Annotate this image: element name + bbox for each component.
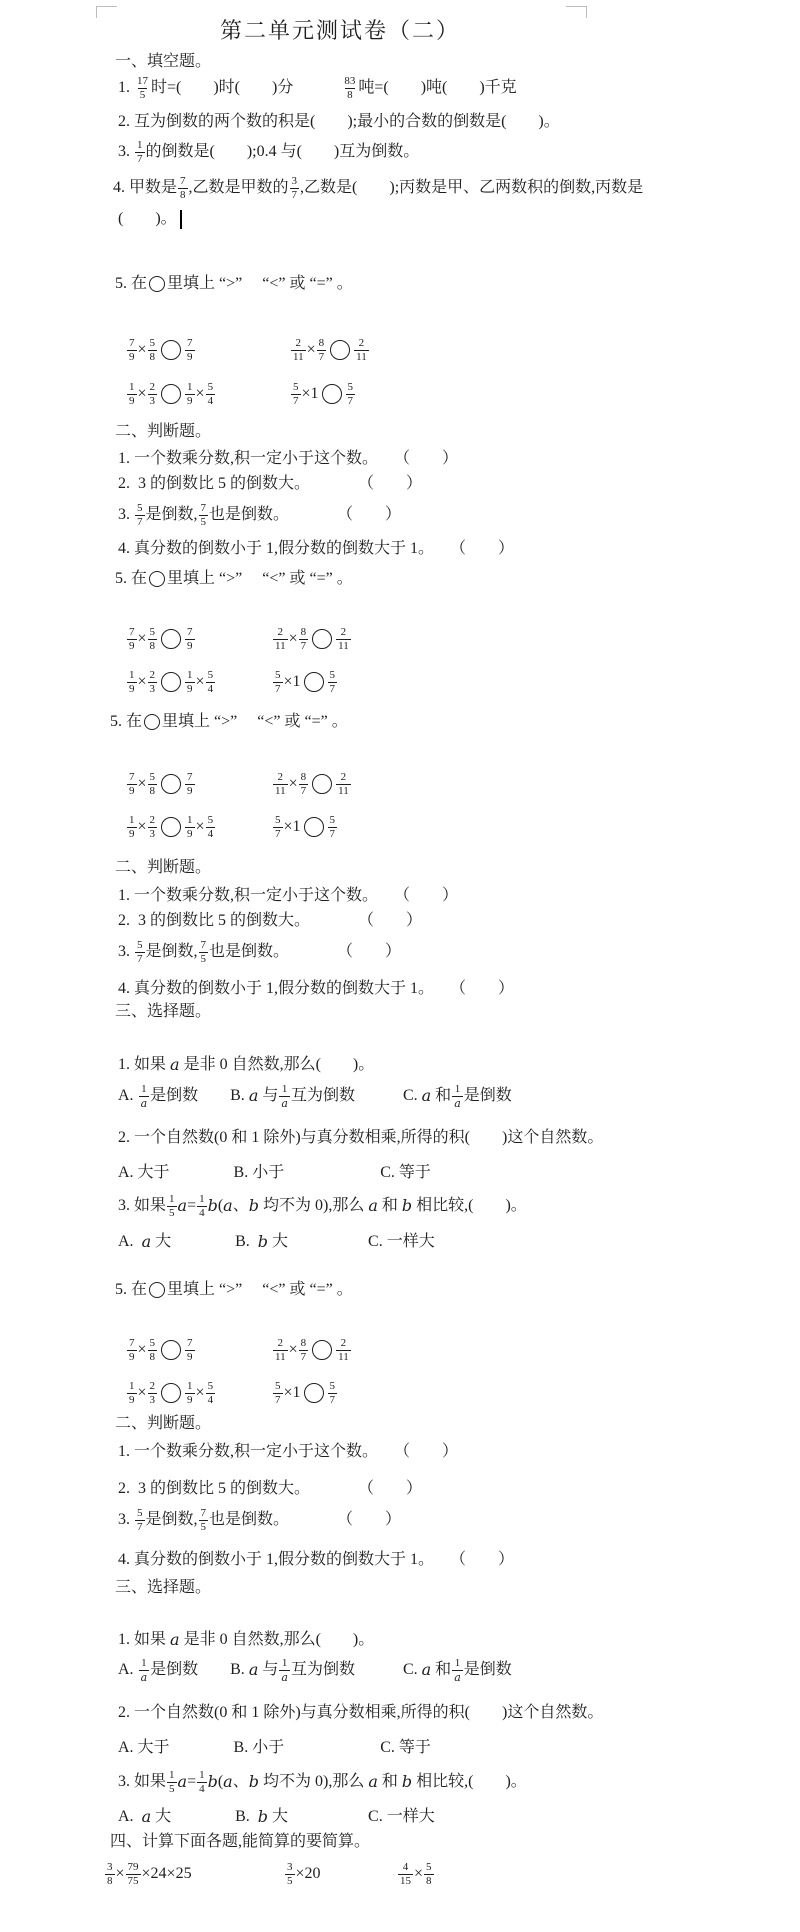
fraction: 15 xyxy=(167,1770,177,1795)
fraction: 14 xyxy=(197,1770,207,1795)
fraction: 211 xyxy=(336,1338,351,1363)
variable: a xyxy=(223,1196,233,1215)
choice-2-q3-options: A. a 大 B. b 大 C. 一样大 xyxy=(118,1805,435,1829)
judge-2-item-4: 4. 真分数的倒数小于 1,假分数的倒数大于 1。 （ ） xyxy=(118,977,514,1001)
fraction: 23 xyxy=(148,670,158,695)
variable: b xyxy=(402,1196,412,1215)
fraction: 57 xyxy=(328,670,338,695)
fraction: 54 xyxy=(206,815,216,840)
compare-2-row1-right: 211×87211 xyxy=(272,621,352,657)
comparison-circle xyxy=(149,276,165,292)
compare-2-row2-right: 57×157 xyxy=(272,664,338,700)
judge-2-item-1: 1. 一个数乘分数,积一定小于这个数。 （ ） xyxy=(118,884,458,908)
fraction: 54 xyxy=(206,1381,216,1406)
variable: b xyxy=(208,1196,218,1215)
compare-instruction-4: 5. 在里填上 “>” “<” 或 “=” 。 xyxy=(115,1278,353,1302)
compare-3-row2-left: 19×2319×54 xyxy=(126,809,216,845)
variable: a xyxy=(368,1772,378,1791)
section-judge-heading-2: 二、判断题。 xyxy=(115,856,211,880)
fraction: 75 xyxy=(199,940,209,965)
fraction: 57 xyxy=(273,1381,283,1406)
fraction: 87 xyxy=(299,772,309,797)
fraction: 79 xyxy=(127,772,137,797)
fraction: 211 xyxy=(336,627,351,652)
comparison-circle xyxy=(161,1340,181,1360)
compare-instruction-2: 5. 在里填上 “>” “<” 或 “=” 。 xyxy=(115,567,353,591)
fraction: 58 xyxy=(148,627,158,652)
fraction: 838 xyxy=(342,76,357,101)
comparison-circle xyxy=(161,774,181,794)
choice-2-q3: 3. 如果15a=14b(a、b 均不为 0),那么 a 和 b 相比较,( )… xyxy=(118,1764,527,1800)
text-cursor xyxy=(180,210,182,229)
compare-instruction-1: 5. 在里填上 “>” “<” 或 “=” 。 xyxy=(115,272,353,296)
fraction: 211 xyxy=(273,772,288,797)
calc-expr-1: 38×7975×24×25 xyxy=(104,1856,192,1892)
compare-1-row1-left: 79×5879 xyxy=(126,332,196,368)
variable: b xyxy=(249,1196,259,1215)
fraction: 79 xyxy=(127,338,137,363)
fraction: 211 xyxy=(354,338,369,363)
comparison-circle xyxy=(161,384,181,404)
compare-1-row2-left: 19×2319×54 xyxy=(126,376,216,412)
fraction: 79 xyxy=(185,1338,195,1363)
compare-3-row2-right: 57×157 xyxy=(272,809,338,845)
judge-1-item-4: 4. 真分数的倒数小于 1,假分数的倒数大于 1。 （ ） xyxy=(118,537,514,561)
variable: b xyxy=(402,1772,412,1791)
fraction: 57 xyxy=(135,1508,145,1533)
judge-1-item-3: 3. 57是倒数,75也是倒数。 （ ） xyxy=(118,497,401,533)
fraction: 211 xyxy=(273,1338,288,1363)
fraction: 58 xyxy=(148,772,158,797)
fraction: 14 xyxy=(197,1194,207,1219)
fraction: 87 xyxy=(299,627,309,652)
fraction: 19 xyxy=(185,815,195,840)
judge-3-item-4: 4. 真分数的倒数小于 1,假分数的倒数大于 1。 （ ） xyxy=(118,1548,514,1572)
fraction: 57 xyxy=(346,382,356,407)
fraction: 75 xyxy=(199,1508,209,1533)
choice-1-q3: 3. 如果15a=14b(a、b 均不为 0),那么 a 和 b 相比较,( )… xyxy=(118,1188,527,1224)
comparison-circle xyxy=(144,714,160,730)
choice-2-q2: 2. 一个自然数(0 和 1 除外)与真分数相乘,所得的积( )这个自然数。 xyxy=(118,1701,603,1725)
variable: a xyxy=(368,1196,378,1215)
comparison-circle xyxy=(312,1340,332,1360)
variable: a xyxy=(142,1807,152,1826)
fraction: 7975 xyxy=(126,1862,141,1887)
fraction: 38 xyxy=(105,1862,115,1887)
fraction: 57 xyxy=(328,815,338,840)
page-title: 第二单元测试卷（二） xyxy=(0,16,680,46)
section-calc-heading: 四、计算下面各题,能简算的要简算。 xyxy=(110,1830,370,1854)
fraction: 79 xyxy=(185,338,195,363)
variable: a xyxy=(170,1630,180,1649)
compare-3-row1-right: 211×87211 xyxy=(272,766,352,802)
compare-instruction-3: 5. 在里填上 “>” “<” 或 “=” 。 xyxy=(110,710,348,734)
fraction: 58 xyxy=(148,338,158,363)
variable: a xyxy=(178,1772,188,1791)
fraction: 23 xyxy=(148,382,158,407)
fraction: 19 xyxy=(127,670,137,695)
choice-1-q2-options: A. 大于 B. 小于 C. 等于 xyxy=(118,1161,431,1185)
variable: b xyxy=(249,1772,259,1791)
choice-2-q1: 1. 如果 a 是非 0 自然数,那么( )。 xyxy=(118,1628,374,1652)
document-page: 第二单元测试卷（二） 一、填空题。 1. 175时=( )时( )分 838吨=… xyxy=(0,0,800,1932)
comparison-circle xyxy=(161,1383,181,1403)
fraction: 57 xyxy=(135,940,145,965)
choice-1-q1: 1. 如果 a 是非 0 自然数,那么( )。 xyxy=(118,1053,374,1077)
compare-4-row1-left: 79×5879 xyxy=(126,1332,196,1368)
choice-1-q3-options: A. a 大 B. b 大 C. 一样大 xyxy=(118,1230,435,1254)
variable: a xyxy=(249,1660,259,1679)
comparison-circle xyxy=(322,384,342,404)
fill-item-1: 1. 175时=( )时( )分 838吨=( )吨( )千克 xyxy=(118,70,517,106)
choice-2-q2-options: A. 大于 B. 小于 C. 等于 xyxy=(118,1736,431,1760)
fraction: 1a xyxy=(279,1658,290,1683)
fraction: 79 xyxy=(127,1338,137,1363)
compare-4-row2-left: 19×2319×54 xyxy=(126,1375,216,1411)
fraction: 175 xyxy=(135,76,150,101)
choice-1-q2: 2. 一个自然数(0 和 1 除外)与真分数相乘,所得的积( )这个自然数。 xyxy=(118,1126,603,1150)
comparison-circle xyxy=(161,817,181,837)
fraction: 1a xyxy=(139,1084,150,1109)
compare-4-row1-right: 211×87211 xyxy=(272,1332,352,1368)
fraction: 19 xyxy=(185,1381,195,1406)
comparison-circle xyxy=(312,629,332,649)
variable: a xyxy=(422,1086,432,1105)
variable: b xyxy=(208,1772,218,1791)
fraction: 1a xyxy=(452,1084,463,1109)
fill-item-2: 2. 互为倒数的两个数的积是( );最小的合数的倒数是( )。 xyxy=(118,110,560,134)
compare-4-row2-right: 57×157 xyxy=(272,1375,338,1411)
fill-item-3: 3. 17的倒数是( );0.4 与( )互为倒数。 xyxy=(118,134,419,170)
fraction: 19 xyxy=(127,1381,137,1406)
judge-2-item-3: 3. 57是倒数,75也是倒数。 （ ） xyxy=(118,934,401,970)
compare-2-row2-left: 19×2319×54 xyxy=(126,664,216,700)
compare-2-row1-left: 79×5879 xyxy=(126,621,196,657)
fraction: 54 xyxy=(206,670,216,695)
fraction: 58 xyxy=(424,1862,434,1887)
comparison-circle xyxy=(304,672,324,692)
fill-item-4-line2: ( )。 xyxy=(118,207,182,231)
judge-1-item-2: 2. 3 的倒数比 5 的倒数大。 （ ） xyxy=(118,472,422,496)
fraction: 87 xyxy=(317,338,327,363)
variable: a xyxy=(249,1086,259,1105)
fraction: 57 xyxy=(273,815,283,840)
fraction: 57 xyxy=(135,503,145,528)
fraction: 79 xyxy=(185,627,195,652)
fraction: 19 xyxy=(185,382,195,407)
fraction: 35 xyxy=(285,1862,295,1887)
fraction: 19 xyxy=(127,815,137,840)
fraction: 15 xyxy=(167,1194,177,1219)
variable: a xyxy=(170,1055,180,1074)
judge-3-item-2: 2. 3 的倒数比 5 的倒数大。 （ ） xyxy=(118,1477,422,1501)
fraction: 79 xyxy=(127,627,137,652)
fraction: 57 xyxy=(273,670,283,695)
comparison-circle xyxy=(161,629,181,649)
comparison-circle xyxy=(330,340,350,360)
comparison-circle xyxy=(304,817,324,837)
choice-2-q1-options: A. 1a是倒数 B. a 与1a互为倒数 C. a 和1a是倒数 xyxy=(118,1652,512,1688)
judge-3-item-3: 3. 57是倒数,75也是倒数。 （ ） xyxy=(118,1502,401,1538)
section-choice-heading-1: 三、选择题。 xyxy=(115,1000,211,1024)
fraction: 1a xyxy=(279,1084,290,1109)
section-choice-heading-2: 三、选择题。 xyxy=(115,1576,211,1600)
comparison-circle xyxy=(161,340,181,360)
fraction: 211 xyxy=(273,627,288,652)
compare-3-row1-left: 79×5879 xyxy=(126,766,196,802)
choice-1-q1-options: A. 1a是倒数 B. a 与1a互为倒数 C. a 和1a是倒数 xyxy=(118,1078,512,1114)
fraction: 57 xyxy=(328,1381,338,1406)
fraction: 57 xyxy=(291,382,301,407)
variable: a xyxy=(422,1660,432,1679)
comparison-circle xyxy=(304,1383,324,1403)
judge-3-item-1: 1. 一个数乘分数,积一定小于这个数。 （ ） xyxy=(118,1440,458,1464)
comparison-circle xyxy=(312,774,332,794)
fraction: 415 xyxy=(398,1862,413,1887)
comparison-circle xyxy=(149,1282,165,1298)
fraction: 87 xyxy=(299,1338,309,1363)
variable: a xyxy=(178,1196,188,1215)
fraction: 211 xyxy=(291,338,306,363)
variable: a xyxy=(223,1772,233,1791)
fraction: 17 xyxy=(135,140,145,165)
judge-2-item-2: 2. 3 的倒数比 5 的倒数大。 （ ） xyxy=(118,909,422,933)
fraction: 79 xyxy=(185,772,195,797)
fraction: 58 xyxy=(148,1338,158,1363)
fraction: 54 xyxy=(206,382,216,407)
variable: b xyxy=(258,1807,268,1826)
fraction: 1a xyxy=(139,1658,150,1683)
section-judge-heading-3: 二、判断题。 xyxy=(115,1412,211,1436)
fraction: 19 xyxy=(127,382,137,407)
fraction: 19 xyxy=(185,670,195,695)
fraction: 78 xyxy=(178,176,188,201)
fraction: 1a xyxy=(452,1658,463,1683)
comparison-circle xyxy=(149,571,165,587)
compare-1-row2-right: 57×157 xyxy=(290,376,356,412)
variable: a xyxy=(142,1232,152,1251)
section-judge-heading-1: 二、判断题。 xyxy=(115,420,211,444)
fraction: 75 xyxy=(199,503,209,528)
fraction: 23 xyxy=(148,1381,158,1406)
fraction: 23 xyxy=(148,815,158,840)
compare-1-row1-right: 211×87211 xyxy=(290,332,370,368)
calc-expr-3: 415×58 xyxy=(397,1856,435,1892)
fraction: 211 xyxy=(336,772,351,797)
fraction: 37 xyxy=(290,176,300,201)
fill-item-4-line1: 4. 甲数是78,乙数是甲数的37,乙数是( );丙数是甲、乙两数积的倒数,丙数… xyxy=(113,170,643,206)
judge-1-item-1: 1. 一个数乘分数,积一定小于这个数。 （ ） xyxy=(118,447,458,471)
calc-expr-2: 35×20 xyxy=(284,1856,321,1892)
comparison-circle xyxy=(161,672,181,692)
variable: b xyxy=(258,1232,268,1251)
